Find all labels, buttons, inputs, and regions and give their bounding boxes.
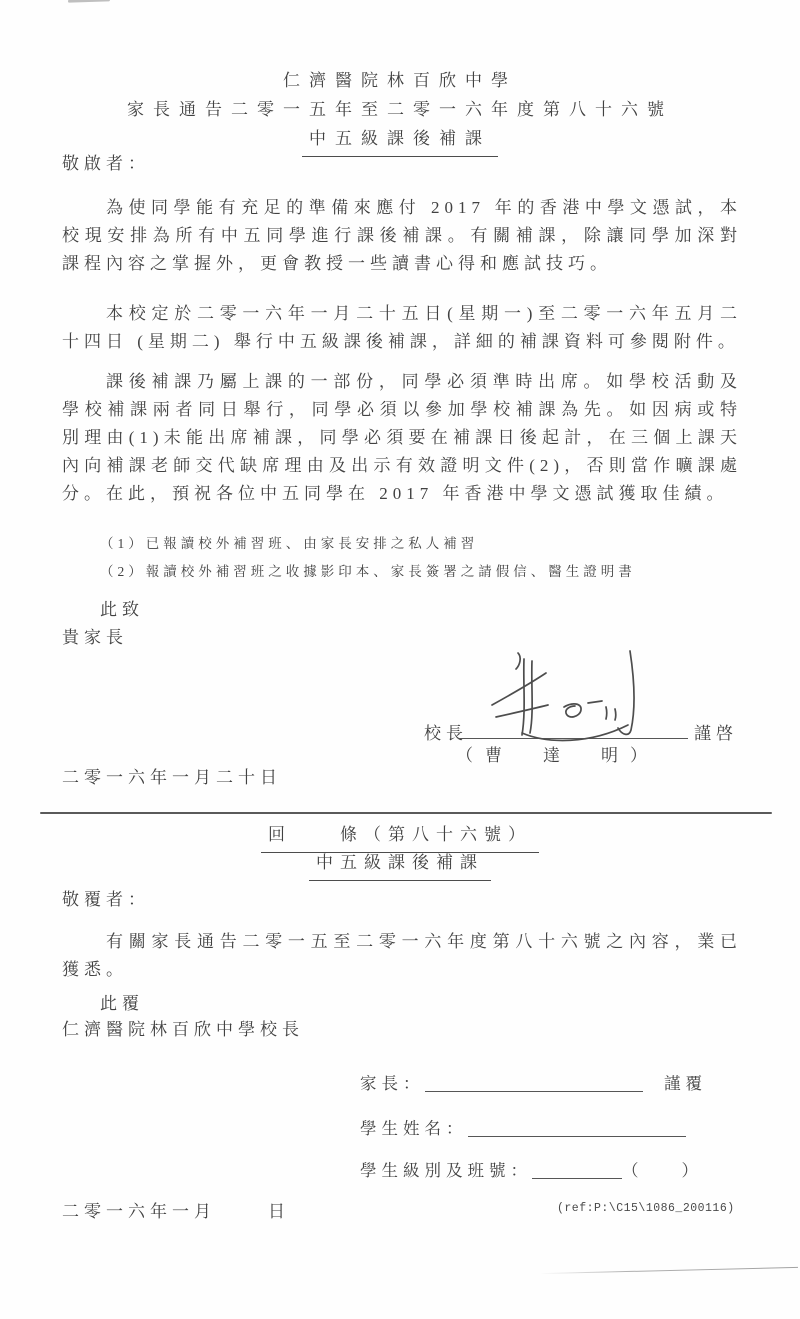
ref-code: (ref:P:\C15\1086_200116)	[557, 1202, 735, 1215]
letter-date: 二零一六年一月二十日	[62, 764, 282, 792]
reply-body: 有關家長通告二零一五至二零一六年度第八十六號之內容，業已獲悉。	[62, 928, 742, 984]
section-divider	[40, 812, 772, 814]
footnote-2: （2）報讀校外補習班之收據影印本、家長簽署之請假信、醫生證明書	[100, 558, 636, 585]
class-paren-open: （	[622, 1161, 644, 1180]
reply-salutation: 敬覆者：	[62, 886, 150, 914]
student-name-label: 學生姓名：	[360, 1119, 468, 1138]
principal-name: （曹 達 明）	[456, 742, 659, 770]
principal-signature	[480, 645, 650, 745]
student-name-row: 學生姓名：	[360, 1115, 686, 1139]
footnote-1: （1）已報讀校外補習班、由家長安排之私人補習	[100, 530, 478, 557]
letter-addressee: 貴家長	[62, 624, 128, 652]
parent-signature-row: 家長： 謹覆	[360, 1070, 707, 1094]
student-name-blank	[468, 1119, 686, 1137]
notice-number: 家長通告二零一五年至二零一六年度第八十六號	[0, 95, 800, 124]
class-paren-close: ）	[682, 1161, 704, 1180]
letter-paragraph-2: 本校定於二零一六年一月二十五日(星期一)至二零一六年五月二十四日 (星期二) 舉…	[62, 300, 742, 356]
parent-signature-blank	[425, 1074, 643, 1092]
reply-date-suffix: 日	[268, 1202, 290, 1221]
reply-date-prefix: 二零一六年一月	[62, 1202, 216, 1221]
letter-salutation: 敬啟者：	[62, 150, 150, 178]
letter-paragraph-4: 在此，預祝各位中五同學在 2017 年香港中學文憑試獲取佳績。	[62, 480, 742, 508]
letter-closing: 此致	[100, 596, 144, 624]
reply-slip-subject: 中五級課後補課	[0, 848, 800, 881]
reply-closing: 此覆	[100, 990, 144, 1018]
class-field-label: 學生級別及班號：	[360, 1161, 532, 1180]
parent-signoff: 謹覆	[664, 1074, 707, 1093]
document-page: 仁濟醫院林百欣中學 家長通告二零一五年至二零一六年度第八十六號 中五級課後補課 …	[0, 0, 800, 1319]
letter-paragraph-1: 為使同學能有充足的準備來應付 2017 年的香港中學文憑試，本校現安排為所有中五…	[62, 194, 742, 278]
reply-addressee: 仁濟醫院林百欣中學校長	[62, 1016, 304, 1044]
principal-signoff: 謹啓	[694, 720, 738, 748]
class-blank	[532, 1161, 622, 1179]
reply-date-row: 二零一六年一月日	[62, 1198, 290, 1226]
reply-slip-subject-text: 中五級課後補課	[309, 848, 491, 881]
school-name: 仁濟醫院林百欣中學	[0, 66, 800, 95]
scan-artifact-diagonal	[540, 1267, 798, 1274]
parent-field-label: 家長：	[360, 1074, 425, 1093]
scan-artifact-top	[68, 0, 110, 3]
class-number-row: 學生級別及班號：（）	[360, 1157, 703, 1181]
letter-subject-text: 中五級課後補課	[302, 124, 498, 157]
